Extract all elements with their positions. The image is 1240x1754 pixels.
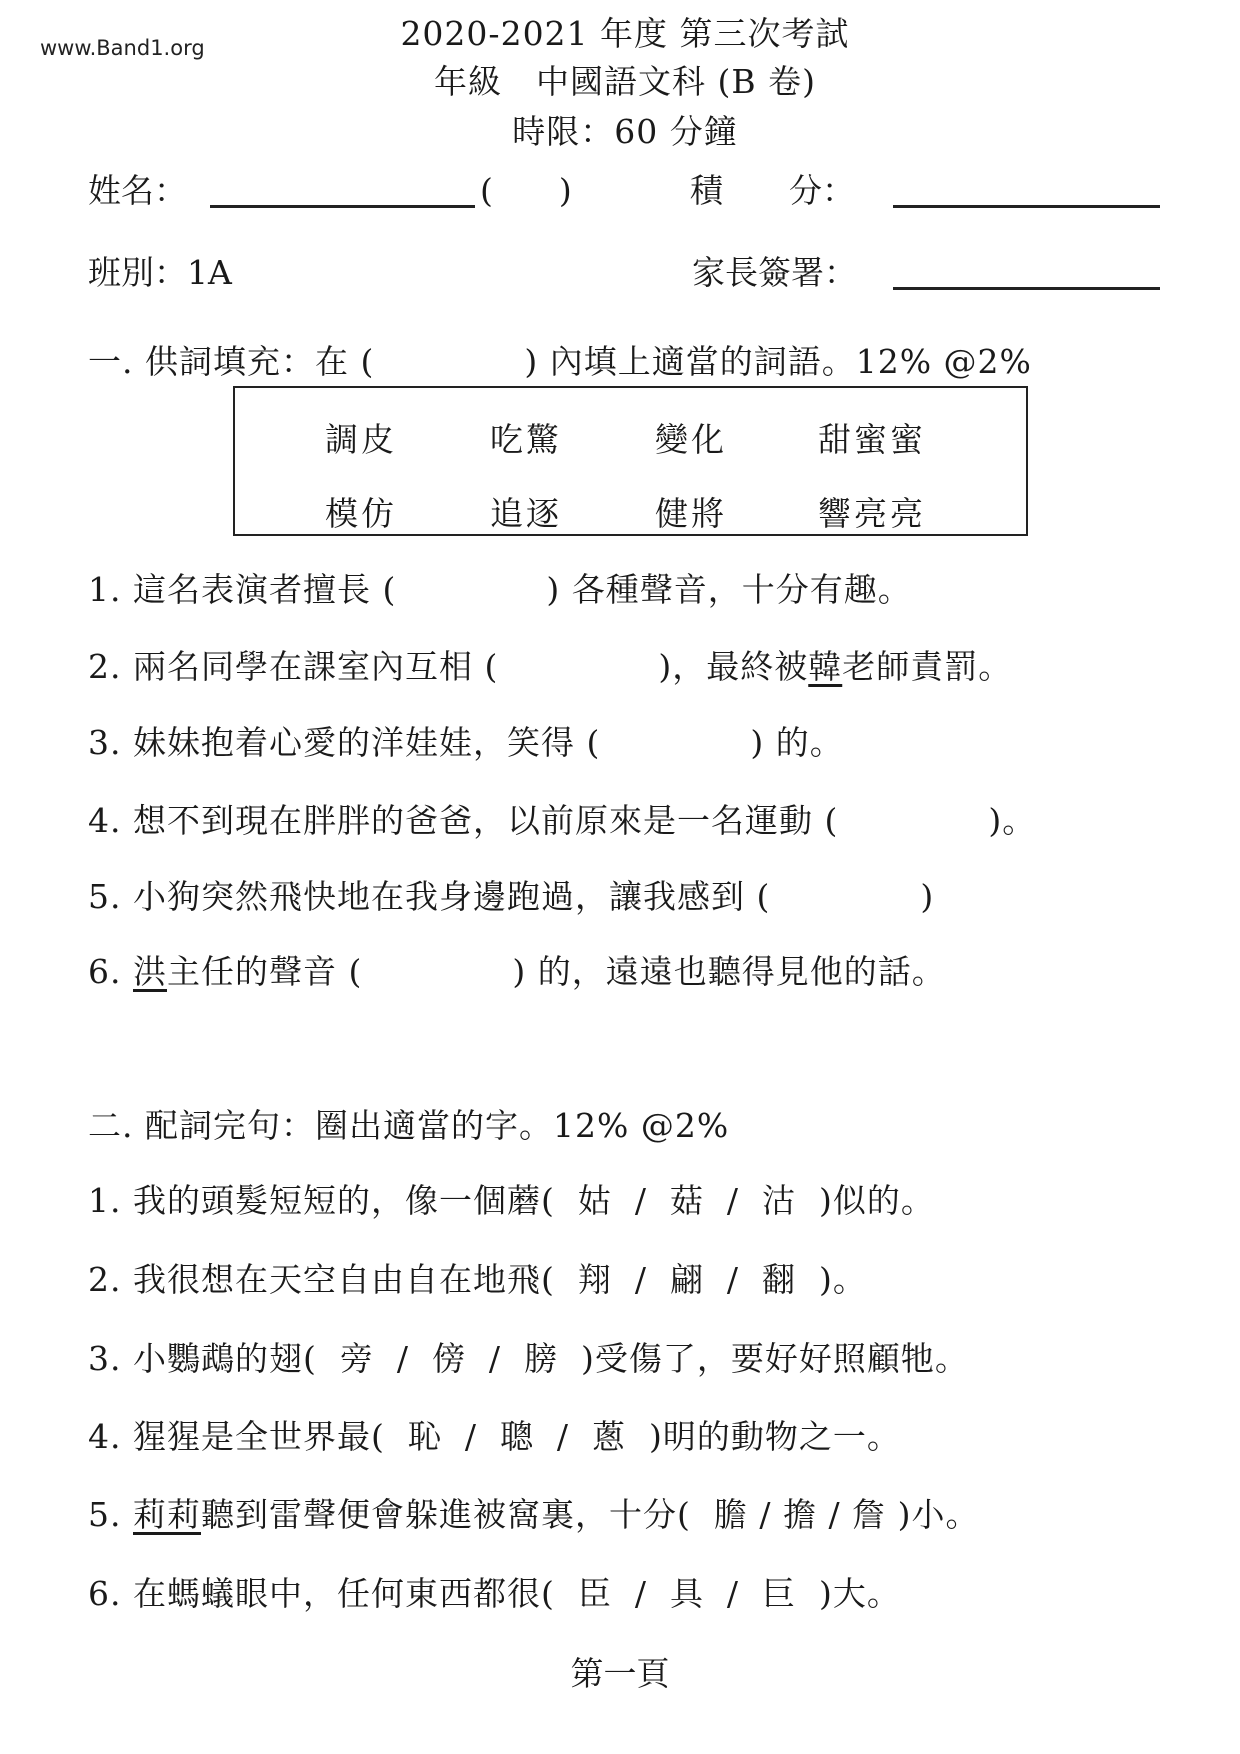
s2-question-3: 3. 小鸚鵡的翅( 旁 / 傍 / 膀 )受傷了，要好好照顧牠。 [88, 1333, 969, 1380]
question-text: ) 的，遠遠也聽得見他的話。 [512, 952, 945, 991]
question-number: 3. [88, 723, 122, 762]
question-text: 小狗突然飛快地在我身邊跑過，讓我感到 ( [133, 877, 770, 916]
option-choice[interactable]: 膀 [524, 1339, 558, 1378]
question-text: 小鸚鵡的翅 [133, 1339, 303, 1378]
word-bank-item: 變化 [655, 414, 727, 461]
option-choice[interactable]: 恥 [408, 1417, 442, 1456]
class-label: 班別：1A [88, 247, 232, 294]
word-bank-item: 響亮亮 [818, 488, 926, 535]
word-bank-item: 甜蜜蜜 [818, 414, 926, 461]
question-number: 1. [88, 570, 122, 609]
option-choice[interactable]: 翔 [578, 1260, 612, 1299]
s1-question-6: 6. 洪主任的聲音 () 的，遠遠也聽得見他的話。 [88, 946, 946, 993]
section1-heading-prefix: 一. 供詞填充：在 ( [88, 342, 374, 381]
question-text: 聽到雷聲便會躲進被窩裏，十分 [201, 1495, 677, 1534]
option-choice[interactable]: 翩 [670, 1260, 704, 1299]
name-field[interactable] [210, 205, 475, 208]
question-text: 主任的聲音 ( [167, 952, 362, 991]
page-number: 第一頁 [0, 1648, 1240, 1695]
option-choice[interactable]: 臣 [578, 1574, 612, 1613]
option-choice[interactable]: 姑 [578, 1181, 612, 1220]
exam-title: 2020-2021 年度 第三次考試 [0, 8, 1240, 55]
option-choice[interactable]: 詹 [852, 1495, 886, 1534]
question-number: 1. [88, 1181, 122, 1220]
question-text: ) 的。 [750, 723, 843, 762]
question-number: 3. [88, 1339, 122, 1378]
question-text: 明的動物之一。 [663, 1417, 901, 1456]
word-bank-item: 調皮 [325, 414, 397, 461]
question-number: 6. [88, 1574, 122, 1613]
class-label-text: 班別： [88, 253, 187, 292]
option-choice[interactable]: 膽 [714, 1495, 748, 1534]
question-text: 想不到現在胖胖的爸爸，以前原來是一名運動 ( [133, 801, 838, 840]
question-text: 老師責罰。 [842, 647, 1012, 686]
question-number: 5. [88, 877, 122, 916]
score-label: 積 分： [690, 165, 855, 212]
option-choice[interactable]: 旁 [340, 1339, 374, 1378]
option-choice[interactable]: 沽 [762, 1181, 796, 1220]
section1-heading: 一. 供詞填充：在 () 內填上適當的詞語。12% @2% [88, 336, 1032, 383]
option-choice[interactable]: 聰 [500, 1417, 534, 1456]
option-choice[interactable]: 巨 [762, 1574, 796, 1613]
question-number: 2. [88, 647, 122, 686]
question-number: 6. [88, 952, 122, 991]
s2-question-1: 1. 我的頭髮短短的，像一個蘑( 姑 / 菇 / 沽 )似的。 [88, 1175, 935, 1222]
option-choice[interactable]: 蔥 [592, 1417, 626, 1456]
word-bank-item: 追逐 [490, 488, 562, 535]
parent-signature-label: 家長簽署： [692, 247, 857, 294]
proper-noun: 洪 [133, 952, 167, 991]
section1-heading-suffix: ) 內填上適當的詞語。12% @2% [524, 342, 1032, 381]
question-text: ) 各種聲音，十分有趣。 [546, 570, 911, 609]
question-text: 我的頭髮短短的，像一個蘑 [133, 1181, 541, 1220]
question-text: 受傷了，要好好照顧牠。 [595, 1339, 969, 1378]
s2-question-5: 5. 莉莉聽到雷聲便會躲進被窩裏，十分( 膽 / 擔 / 詹 )小。 [88, 1489, 979, 1536]
s1-question-1: 1. 這名表演者擅長 () 各種聲音，十分有趣。 [88, 564, 912, 611]
score-field[interactable] [893, 205, 1160, 208]
parent-signature-field[interactable] [893, 287, 1160, 290]
question-text: )。 [988, 801, 1036, 840]
proper-noun: 莉莉 [133, 1495, 201, 1534]
s2-question-2: 2. 我很想在天空自由自在地飛( 翔 / 翩 / 翻 )。 [88, 1254, 867, 1301]
section2-heading: 二. 配詞完句：圈出適當的字。12% @2% [88, 1100, 729, 1147]
option-choice[interactable]: 具 [670, 1574, 704, 1613]
question-number: 2. [88, 1260, 122, 1299]
class-value: 1A [187, 253, 232, 292]
s2-question-4: 4. 猩猩是全世界最( 恥 / 聰 / 蔥 )明的動物之一。 [88, 1411, 901, 1458]
word-bank-item: 模仿 [325, 488, 397, 535]
question-number: 4. [88, 801, 122, 840]
subject-title: 年級 中國語文科 (B 卷) [0, 56, 1240, 103]
question-text: 猩猩是全世界最 [133, 1417, 371, 1456]
s2-question-6: 6. 在螞蟻眼中，任何東西都很( 臣 / 具 / 巨 )大。 [88, 1568, 901, 1615]
class-number-brackets[interactable]: ( ) [480, 165, 572, 212]
question-text: ) [920, 877, 934, 916]
name-label: 姓名： [88, 165, 187, 212]
question-number: 5. [88, 1495, 122, 1534]
word-bank-item: 吃驚 [490, 414, 562, 461]
question-text: 在螞蟻眼中，任何東西都很 [133, 1574, 541, 1613]
question-text: 兩名同學在課室內互相 ( [133, 647, 498, 686]
question-number: 4. [88, 1417, 122, 1456]
word-bank-item: 健將 [655, 488, 727, 535]
proper-noun: 韓 [808, 647, 842, 686]
option-choice[interactable]: 菇 [670, 1181, 704, 1220]
question-text: 我很想在天空自由自在地飛 [133, 1260, 541, 1299]
option-choice[interactable]: 擔 [783, 1495, 817, 1534]
option-choice[interactable]: 翻 [762, 1260, 796, 1299]
question-text: 小。 [911, 1495, 979, 1534]
s1-question-3: 3. 妹妹抱着心愛的洋娃娃，笑得 () 的。 [88, 717, 844, 764]
question-text: 似的。 [833, 1181, 935, 1220]
time-limit: 時限：60 分鐘 [0, 106, 1240, 153]
s1-question-4: 4. 想不到現在胖胖的爸爸，以前原來是一名運動 ()。 [88, 795, 1036, 842]
question-text: 妹妹抱着心愛的洋娃娃，笑得 ( [133, 723, 600, 762]
question-text: )，最終被 [658, 647, 808, 686]
s1-question-2: 2. 兩名同學在課室內互相 ()，最終被韓老師責罰。 [88, 641, 1012, 688]
option-choice[interactable]: 傍 [432, 1339, 466, 1378]
s1-question-5: 5. 小狗突然飛快地在我身邊跑過，讓我感到 () [88, 871, 934, 918]
question-text: 這名表演者擅長 ( [133, 570, 396, 609]
question-text: 。 [833, 1260, 867, 1299]
question-text: 大。 [833, 1574, 901, 1613]
